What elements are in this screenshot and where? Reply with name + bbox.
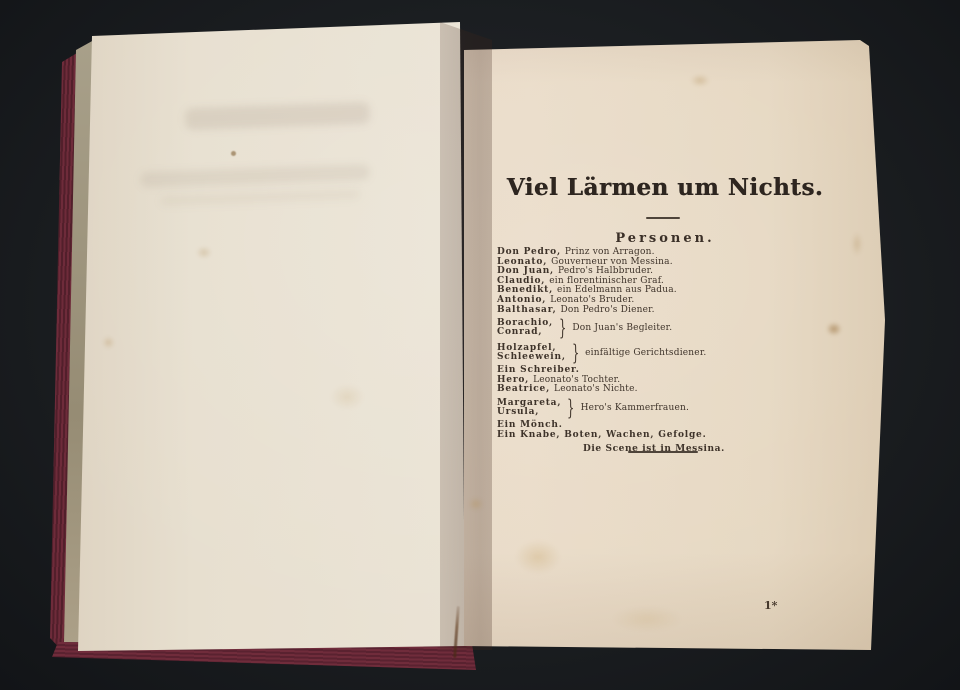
- character-desc: Leonato's Nichte.: [554, 384, 638, 394]
- character-desc: Pedro's Halbbruder.: [558, 266, 653, 276]
- cast-entry-group: Borachio, Conrad, } Don Juan's Begleiter…: [497, 316, 849, 340]
- foxing-stain: [468, 497, 484, 511]
- character-desc: Prinz von Arragon.: [565, 247, 655, 257]
- foxing-stain: [612, 606, 682, 632]
- character-name: Ein Knabe, Boten, Wachen, Gefolge.: [497, 430, 707, 440]
- group-desc: einfältige Gerichtsdiener.: [585, 348, 706, 358]
- character-desc: ein Edelmann aus Padua.: [557, 285, 677, 295]
- end-rule: [628, 451, 698, 453]
- foxing-stain: [690, 74, 710, 87]
- foxing-stain: [515, 540, 561, 574]
- group-names: Borachio, Conrad,: [497, 319, 553, 337]
- foxing-stain: [196, 246, 212, 259]
- character-name: Benedikt,: [497, 285, 553, 295]
- cast-entry: Balthasar,Don Pedro's Diener.: [497, 306, 849, 316]
- cast-entry: Don Pedro,Prinz von Arragon.: [497, 248, 849, 258]
- title-rule: [646, 217, 680, 219]
- character-name: Schleewein,: [497, 353, 566, 362]
- character-name: Conrad,: [497, 328, 553, 337]
- photo-background: Viel Lärmen um Nichts. Personen. Don Ped…: [0, 0, 960, 690]
- character-name: Beatrice,: [497, 384, 550, 394]
- brace-glyph: }: [572, 341, 579, 365]
- cast-list: Don Pedro,Prinz von Arragon. Leonato,Gou…: [497, 248, 849, 454]
- character-name: Hero,: [497, 375, 529, 385]
- cast-heading: Personen.: [470, 231, 860, 246]
- character-name: Balthasar,: [497, 305, 557, 315]
- cast-entry-group: Holzapfel, Schleewein, } einfältige Geri…: [497, 341, 849, 365]
- character-name: Ein Mönch.: [497, 420, 563, 430]
- character-name: Ein Schreiber.: [497, 365, 580, 375]
- character-name: Antonio,: [497, 295, 546, 305]
- group-desc: Don Juan's Begleiter.: [572, 323, 672, 333]
- signature-mark: 1*: [764, 599, 777, 612]
- scene-note: Die Scene ist in Messina.: [583, 444, 849, 454]
- character-name: Claudio,: [497, 276, 545, 286]
- character-name: Don Juan,: [497, 266, 554, 276]
- character-desc: Leonato's Tochter.: [533, 375, 620, 385]
- character-name: Ursula,: [497, 408, 561, 417]
- foxing-stain: [231, 151, 236, 156]
- group-names: Holzapfel, Schleewein,: [497, 344, 566, 362]
- group-names: Margareta, Ursula,: [497, 399, 561, 417]
- character-desc: Gouverneur von Messina.: [551, 257, 673, 267]
- page-title: Viel Lärmen um Nichts.: [470, 174, 860, 201]
- character-desc: Leonato's Bruder.: [550, 295, 634, 305]
- character-name: Don Pedro,: [497, 247, 561, 257]
- cast-entry: Ein Knabe, Boten, Wachen, Gefolge.: [497, 431, 849, 441]
- foxing-stain: [102, 336, 115, 349]
- character-desc: Don Pedro's Diener.: [561, 305, 655, 315]
- foxing-stain: [330, 384, 364, 410]
- brace-glyph: }: [567, 396, 574, 420]
- cast-entry-group: Margareta, Ursula, } Hero's Kammerfrauen…: [497, 396, 849, 420]
- brace-glyph: }: [559, 316, 566, 340]
- character-name: Leonato,: [497, 257, 547, 267]
- cast-entry: Beatrice,Leonato's Nichte.: [497, 385, 849, 395]
- group-desc: Hero's Kammerfrauen.: [581, 403, 689, 413]
- character-desc: ein florentinischer Graf.: [549, 276, 664, 286]
